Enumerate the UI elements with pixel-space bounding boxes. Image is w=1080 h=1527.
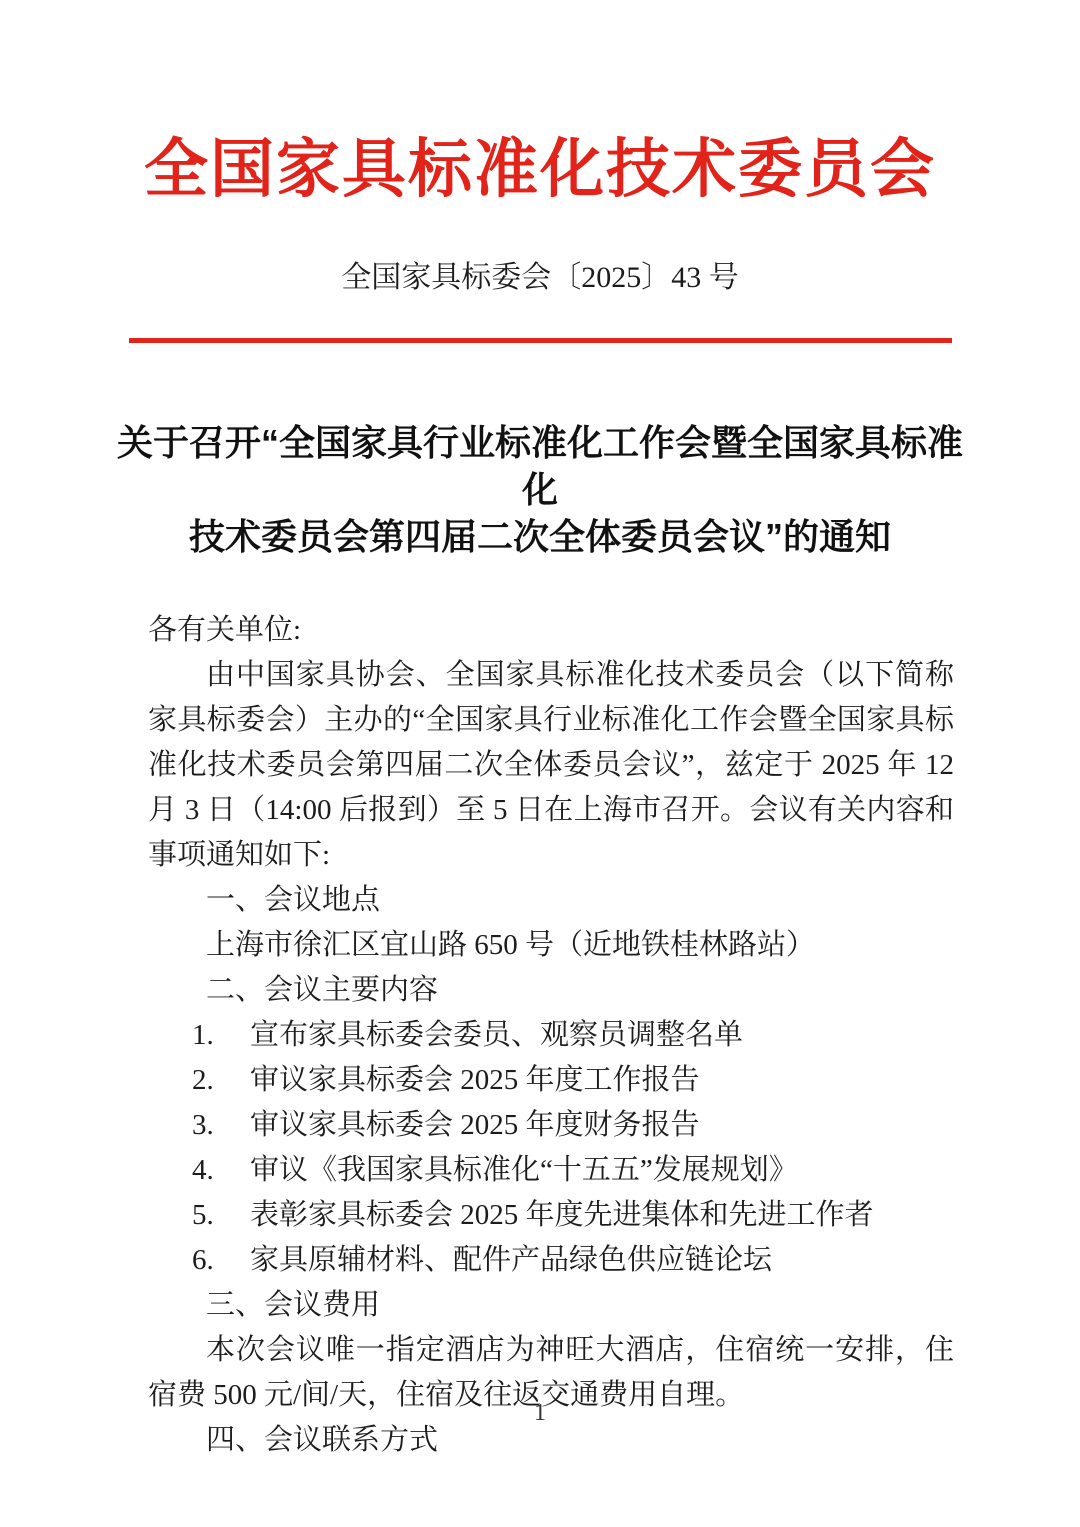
agenda-item-number: 1.	[192, 1013, 250, 1058]
agenda-item: 6. 家具原辅材料、配件产品绿色供应链论坛	[192, 1238, 954, 1283]
agenda-item-number: 6.	[192, 1238, 250, 1283]
page-number: 1	[0, 1400, 1080, 1427]
section1-text: 上海市徐汇区宜山路 650 号（近地铁桂林路站）	[148, 923, 954, 968]
intro-paragraph: 由中国家具协会、全国家具标准化技术委员会（以下简称家具标委会）主办的“全国家具行…	[148, 653, 954, 878]
notice-title-line2: 技术委员会第四届二次全体委员会议”的通知	[110, 513, 970, 560]
document-body: 各有关单位: 由中国家具协会、全国家具标准化技术委员会（以下简称家具标委会）主办…	[148, 608, 954, 1463]
agenda-item-number: 2.	[192, 1058, 250, 1103]
org-title: 全国家具标准化技术委员会	[0, 0, 1080, 208]
agenda-item-text: 审议家具标委会 2025 年度财务报告	[250, 1103, 954, 1148]
document-page: 全国家具标准化技术委员会 全国家具标委会〔2025〕43 号 关于召开“全国家具…	[0, 0, 1080, 1527]
agenda-item-number: 4.	[192, 1148, 250, 1193]
agenda-item: 4. 审议《我国家具标准化“十五五”发展规划》	[192, 1148, 954, 1193]
section3-heading: 三、会议费用	[148, 1283, 954, 1328]
section1-heading: 一、会议地点	[148, 878, 954, 923]
notice-title: 关于召开“全国家具行业标准化工作会暨全国家具标准化 技术委员会第四届二次全体委员…	[110, 419, 970, 560]
agenda-item-number: 3.	[192, 1103, 250, 1148]
salutation: 各有关单位:	[148, 608, 954, 653]
agenda-item-text: 审议《我国家具标准化“十五五”发展规划》	[250, 1148, 954, 1193]
agenda-item-text: 家具原辅材料、配件产品绿色供应链论坛	[250, 1238, 954, 1283]
agenda-item-text: 审议家具标委会 2025 年度工作报告	[250, 1058, 954, 1103]
agenda-item-text: 表彰家具标委会 2025 年度先进集体和先进工作者	[250, 1193, 954, 1238]
doc-number: 全国家具标委会〔2025〕43 号	[0, 260, 1080, 296]
agenda-item: 5. 表彰家具标委会 2025 年度先进集体和先进工作者	[192, 1193, 954, 1238]
agenda-item: 1. 宣布家具标委会委员、观察员调整名单	[192, 1013, 954, 1058]
agenda-item: 2. 审议家具标委会 2025 年度工作报告	[192, 1058, 954, 1103]
agenda-item-text: 宣布家具标委会委员、观察员调整名单	[250, 1013, 954, 1058]
agenda-item: 3. 审议家具标委会 2025 年度财务报告	[192, 1103, 954, 1148]
section2-heading: 二、会议主要内容	[148, 968, 954, 1013]
notice-title-line1: 关于召开“全国家具行业标准化工作会暨全国家具标准化	[110, 419, 970, 513]
agenda-item-number: 5.	[192, 1193, 250, 1238]
red-divider-line	[129, 338, 952, 343]
